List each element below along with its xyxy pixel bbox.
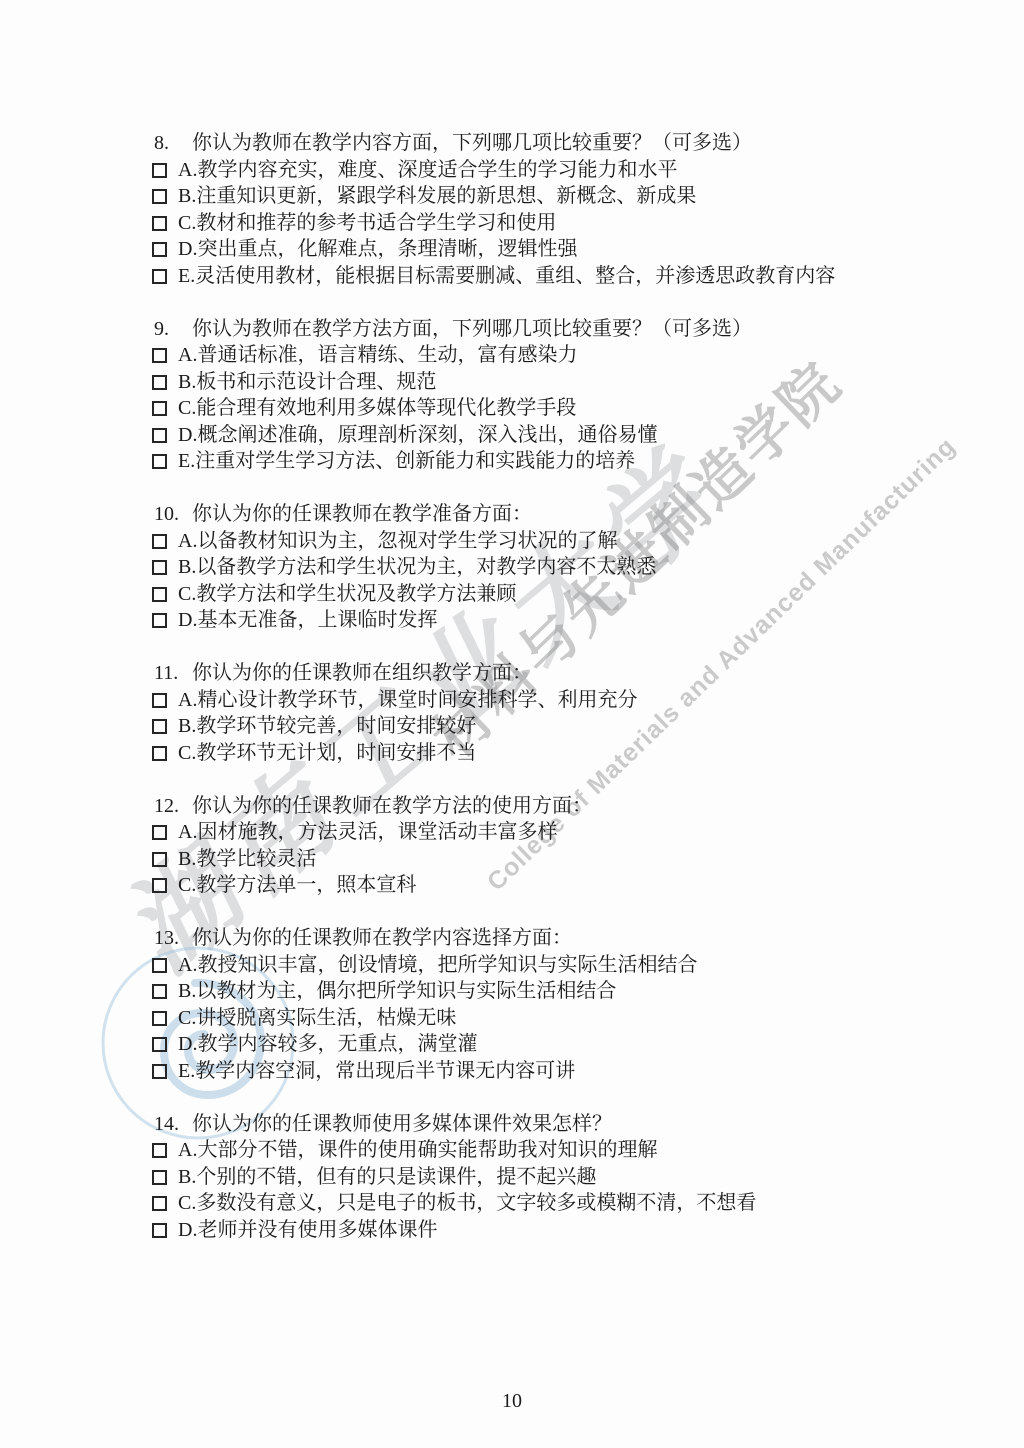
option-label: D.老师并没有使用多媒体课件 [178, 1217, 913, 1244]
option-row: B.个别的不错，但有的只是读课件，提不起兴趣 [151, 1164, 913, 1191]
options-list: A.教授知识丰富，创设情境，把所学知识与实际生活相结合 B.以教材为主，偶尔把所… [151, 952, 913, 1085]
option-checkbox[interactable] [152, 719, 167, 734]
option-checkbox[interactable] [152, 878, 167, 893]
question-block: 13. 你认为你的任课教师在教学内容选择方面： A.教授知识丰富，创设情境，把所… [151, 925, 913, 1084]
option-checkbox[interactable] [152, 693, 167, 708]
option-label: A.教授知识丰富，创设情境，把所学知识与实际生活相结合 [178, 952, 913, 979]
option-checkbox[interactable] [152, 1064, 167, 1079]
question-number: 8. [151, 130, 192, 157]
option-label: A.教学内容充实，难度、深度适合学生的学习能力和水平 [178, 157, 913, 184]
option-label: B.注重知识更新，紧跟学科发展的新思想、新概念、新成果 [178, 183, 913, 210]
option-row: A.普通话标准，语言精练、生动，富有感染力 [151, 342, 913, 369]
question-block: 11. 你认为你的任课教师在组织教学方面： A.精心设计教学环节，课堂时间安排科… [151, 660, 913, 766]
option-label: C.教学方法和学生状况及教学方法兼顾 [178, 581, 913, 608]
question-block: 9. 你认为教师在教学方法方面，下列哪几项比较重要？（可多选） A.普通话标准，… [151, 316, 913, 475]
question-number: 14. [151, 1111, 192, 1138]
question-number: 10. [151, 501, 192, 528]
question-title-row: 14. 你认为你的任课教师使用多媒体课件效果怎样？ [151, 1111, 913, 1138]
option-checkbox[interactable] [152, 958, 167, 973]
question-block: 8. 你认为教师在教学内容方面，下列哪几项比较重要？（可多选） A.教学内容充实… [151, 130, 913, 289]
option-checkbox[interactable] [152, 163, 167, 178]
option-row: C.能合理有效地利用多媒体等现代化教学手段 [151, 395, 913, 422]
option-row: C.多数没有意义，只是电子的板书，文字较多或模糊不清，不想看 [151, 1190, 913, 1217]
option-label: C.教材和推荐的参考书适合学生学习和使用 [178, 210, 913, 237]
options-list: A.以备教材知识为主，忽视对学生学习状况的了解 B.以备教学方法和学生状况为主，… [151, 528, 913, 634]
option-label: E.教学内容空洞，常出现后半节课无内容可讲 [178, 1058, 913, 1085]
option-row: B.以备教学方法和学生状况为主，对教学内容不太熟悉 [151, 554, 913, 581]
option-checkbox[interactable] [152, 746, 167, 761]
option-checkbox[interactable] [152, 1223, 167, 1238]
option-row: D.基本无准备，上课临时发挥 [151, 607, 913, 634]
option-checkbox[interactable] [152, 1037, 167, 1052]
option-label: D.基本无准备，上课临时发挥 [178, 607, 913, 634]
option-label: D.教学内容较多，无重点，满堂灌 [178, 1031, 913, 1058]
option-checkbox[interactable] [152, 428, 167, 443]
option-row: C.教学方法单一，照本宣科 [151, 872, 913, 899]
question-title-row: 12. 你认为你的任课教师在教学方法的使用方面： [151, 793, 913, 820]
question-title: 你认为教师在教学方法方面，下列哪几项比较重要？（可多选） [192, 316, 913, 343]
option-row: B.教学比较灵活 [151, 846, 913, 873]
option-checkbox[interactable] [152, 1143, 167, 1158]
option-row: E.教学内容空洞，常出现后半节课无内容可讲 [151, 1058, 913, 1085]
question-title-row: 13. 你认为你的任课教师在教学内容选择方面： [151, 925, 913, 952]
option-label: A.因材施教，方法灵活，课堂活动丰富多样 [178, 819, 913, 846]
option-row: D.突出重点，化解难点，条理清晰，逻辑性强 [151, 236, 913, 263]
option-row: B.注重知识更新，紧跟学科发展的新思想、新概念、新成果 [151, 183, 913, 210]
question-number: 11. [151, 660, 192, 687]
question-number: 12. [151, 793, 192, 820]
option-row: E.注重对学生学习方法、创新能力和实践能力的培养 [151, 448, 913, 475]
question-title-row: 10. 你认为你的任课教师在教学准备方面： [151, 501, 913, 528]
option-label: D.突出重点，化解难点，条理清晰，逻辑性强 [178, 236, 913, 263]
questions-list: 8. 你认为教师在教学内容方面，下列哪几项比较重要？（可多选） A.教学内容充实… [151, 130, 913, 1270]
option-row: D.老师并没有使用多媒体课件 [151, 1217, 913, 1244]
option-row: D.概念阐述准确，原理剖析深刻，深入浅出，通俗易懂 [151, 422, 913, 449]
option-checkbox[interactable] [152, 825, 167, 840]
option-label: A.精心设计教学环节，课堂时间安排科学、利用充分 [178, 687, 913, 714]
option-checkbox[interactable] [152, 1011, 167, 1026]
option-row: A.因材施教，方法灵活，课堂活动丰富多样 [151, 819, 913, 846]
option-checkbox[interactable] [152, 242, 167, 257]
option-label: B.以教材为主，偶尔把所学知识与实际生活相结合 [178, 978, 913, 1005]
option-label: E.灵活使用教材，能根据目标需要删减、重组、整合，并渗透思政教育内容 [178, 263, 913, 290]
question-block: 12. 你认为你的任课教师在教学方法的使用方面： A.因材施教，方法灵活，课堂活… [151, 793, 913, 899]
question-title: 你认为教师在教学内容方面，下列哪几项比较重要？（可多选） [192, 130, 913, 157]
option-checkbox[interactable] [152, 401, 167, 416]
options-list: A.教学内容充实，难度、深度适合学生的学习能力和水平 B.注重知识更新，紧跟学科… [151, 157, 913, 290]
option-row: A.精心设计教学环节，课堂时间安排科学、利用充分 [151, 687, 913, 714]
option-label: C.多数没有意义，只是电子的板书，文字较多或模糊不清，不想看 [178, 1190, 913, 1217]
option-checkbox[interactable] [152, 534, 167, 549]
option-label: A.普通话标准，语言精练、生动，富有感染力 [178, 342, 913, 369]
option-checkbox[interactable] [152, 852, 167, 867]
question-title: 你认为你的任课教师使用多媒体课件效果怎样？ [192, 1111, 913, 1138]
question-number: 9. [151, 316, 192, 343]
option-label: B.教学环节较完善，时间安排较好 [178, 713, 913, 740]
option-row: E.灵活使用教材，能根据目标需要删减、重组、整合，并渗透思政教育内容 [151, 263, 913, 290]
question-block: 10. 你认为你的任课教师在教学准备方面： A.以备教材知识为主，忽视对学生学习… [151, 501, 913, 634]
option-label: D.概念阐述准确，原理剖析深刻，深入浅出，通俗易懂 [178, 422, 913, 449]
option-label: B.个别的不错，但有的只是读课件，提不起兴趣 [178, 1164, 913, 1191]
question-title: 你认为你的任课教师在教学内容选择方面： [192, 925, 913, 952]
option-row: A.大部分不错，课件的使用确实能帮助我对知识的理解 [151, 1137, 913, 1164]
option-row: D.教学内容较多，无重点，满堂灌 [151, 1031, 913, 1058]
question-title-row: 9. 你认为教师在教学方法方面，下列哪几项比较重要？（可多选） [151, 316, 913, 343]
option-label: B.教学比较灵活 [178, 846, 913, 873]
option-label: C.教学环节无计划，时间安排不当 [178, 740, 913, 767]
option-checkbox[interactable] [152, 1196, 167, 1211]
option-row: B.以教材为主，偶尔把所学知识与实际生活相结合 [151, 978, 913, 1005]
options-list: A.大部分不错，课件的使用确实能帮助我对知识的理解 B.个别的不错，但有的只是读… [151, 1137, 913, 1243]
option-checkbox[interactable] [152, 348, 167, 363]
question-title: 你认为你的任课教师在组织教学方面： [192, 660, 913, 687]
question-number: 13. [151, 925, 192, 952]
question-title-row: 8. 你认为教师在教学内容方面，下列哪几项比较重要？（可多选） [151, 130, 913, 157]
question-title-row: 11. 你认为你的任课教师在组织教学方面： [151, 660, 913, 687]
option-checkbox[interactable] [152, 269, 167, 284]
option-row: A.以备教材知识为主，忽视对学生学习状况的了解 [151, 528, 913, 555]
option-checkbox[interactable] [152, 587, 167, 602]
option-row: C.讲授脱离实际生活，枯燥无味 [151, 1005, 913, 1032]
question-title: 你认为你的任课教师在教学准备方面： [192, 501, 913, 528]
option-checkbox[interactable] [152, 560, 167, 575]
option-row: A.教授知识丰富，创设情境，把所学知识与实际生活相结合 [151, 952, 913, 979]
option-checkbox[interactable] [152, 189, 167, 204]
option-label: A.以备教材知识为主，忽视对学生学习状况的了解 [178, 528, 913, 555]
document-page: 湖南工业大学 材料与先进制造学院 College of Materials an… [0, 0, 1024, 1448]
option-label: E.注重对学生学习方法、创新能力和实践能力的培养 [178, 448, 913, 475]
option-label: C.教学方法单一，照本宣科 [178, 872, 913, 899]
option-row: B.板书和示范设计合理、规范 [151, 369, 913, 396]
question-block: 14. 你认为你的任课教师使用多媒体课件效果怎样？ A.大部分不错，课件的使用确… [151, 1111, 913, 1244]
option-row: A.教学内容充实，难度、深度适合学生的学习能力和水平 [151, 157, 913, 184]
option-row: C.教材和推荐的参考书适合学生学习和使用 [151, 210, 913, 237]
question-title: 你认为你的任课教师在教学方法的使用方面： [192, 793, 913, 820]
options-list: A.普通话标准，语言精练、生动，富有感染力 B.板书和示范设计合理、规范 C.能… [151, 342, 913, 475]
option-row: C.教学方法和学生状况及教学方法兼顾 [151, 581, 913, 608]
option-label: A.大部分不错，课件的使用确实能帮助我对知识的理解 [178, 1137, 913, 1164]
option-checkbox[interactable] [152, 984, 167, 999]
option-row: C.教学环节无计划，时间安排不当 [151, 740, 913, 767]
option-checkbox[interactable] [152, 216, 167, 231]
option-label: B.板书和示范设计合理、规范 [178, 369, 913, 396]
options-list: A.因材施教，方法灵活，课堂活动丰富多样 B.教学比较灵活 C.教学方法单一，照… [151, 819, 913, 899]
option-checkbox[interactable] [152, 375, 167, 390]
option-label: C.能合理有效地利用多媒体等现代化教学手段 [178, 395, 913, 422]
option-checkbox[interactable] [152, 454, 167, 469]
options-list: A.精心设计教学环节，课堂时间安排科学、利用充分 B.教学环节较完善，时间安排较… [151, 687, 913, 767]
page-number: 10 [0, 1390, 1024, 1413]
option-checkbox[interactable] [152, 1170, 167, 1185]
option-checkbox[interactable] [152, 613, 167, 628]
option-row: B.教学环节较完善，时间安排较好 [151, 713, 913, 740]
option-label: C.讲授脱离实际生活，枯燥无味 [178, 1005, 913, 1032]
option-label: B.以备教学方法和学生状况为主，对教学内容不太熟悉 [178, 554, 913, 581]
